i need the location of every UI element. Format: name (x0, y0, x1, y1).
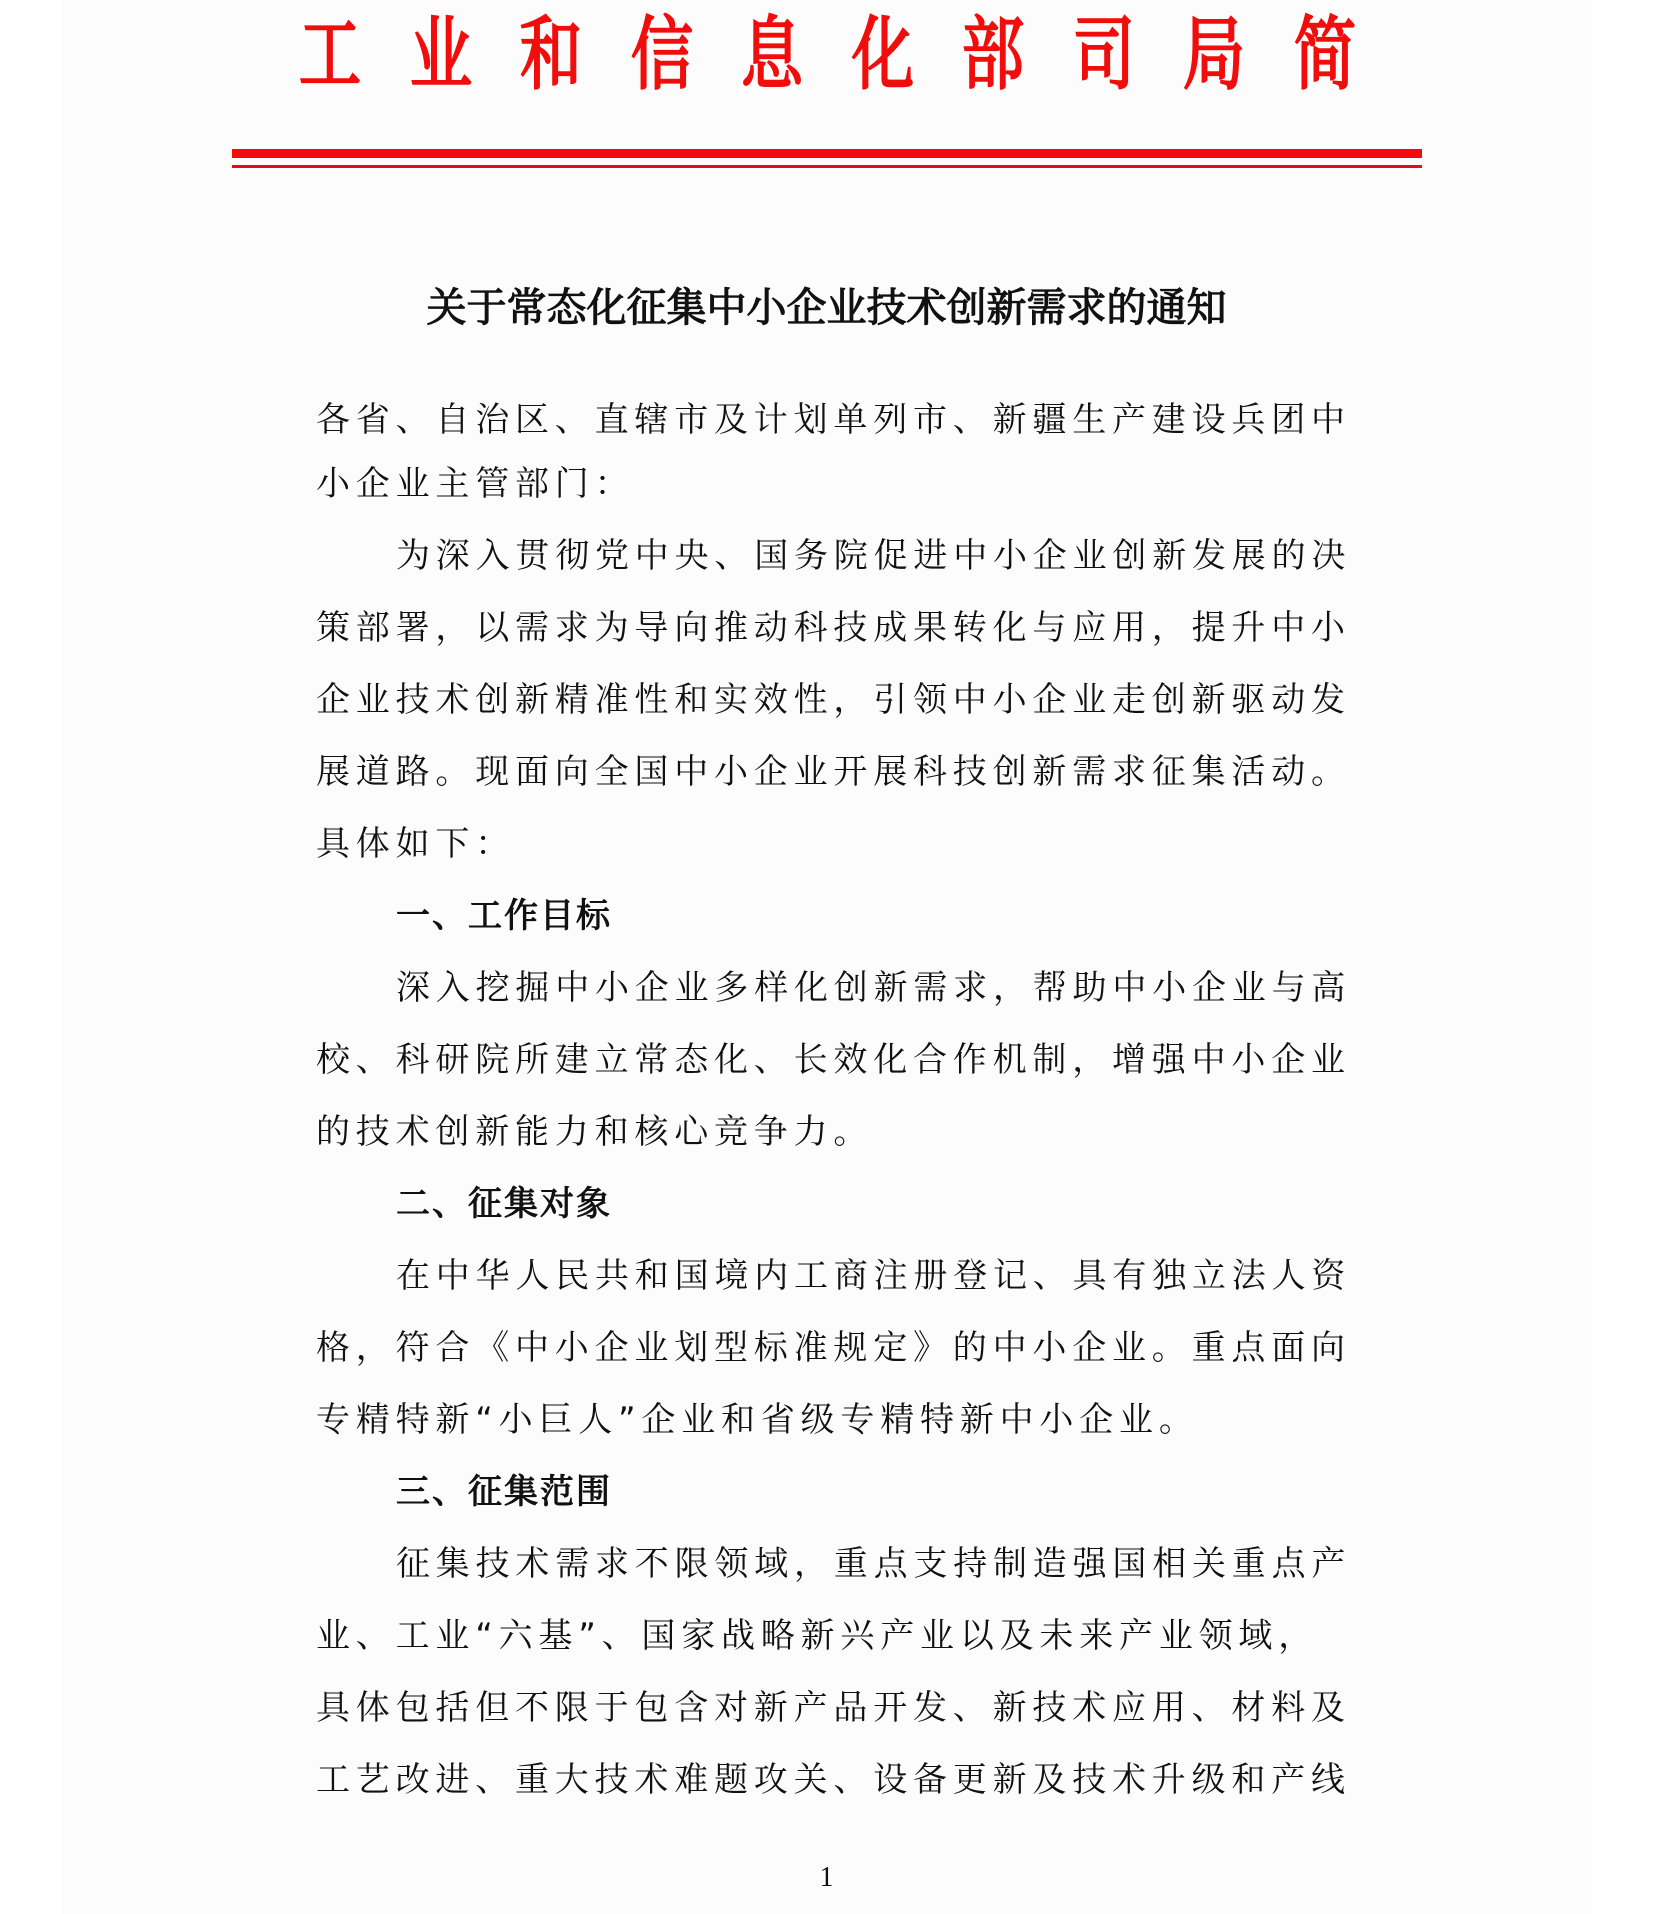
document-body: 各省、自治区、直辖市及计划单列市、新疆生产建设兵团中 小企业主管部门： 为深入贯… (316, 392, 1361, 1816)
letterhead-char: 部 (962, 6, 1024, 102)
letterhead-char: 和 (520, 6, 582, 102)
addressee-line: 小企业主管部门： (316, 448, 1361, 520)
section-line: 专精特新“小巨人”企业和省级专精特新中小企业。 (316, 1384, 1361, 1456)
letterhead-char: 化 (852, 6, 914, 102)
page-number: 1 (0, 1862, 1653, 1894)
letterhead-divider-thin (232, 165, 1422, 168)
intro-line: 为深入贯彻党中央、国务院促进中小企业创新发展的决 (316, 520, 1361, 592)
section-line: 业、工业“六基”、国家战略新兴产业以及未来产业领域， (316, 1600, 1361, 1672)
section-heading-scope: 三、征集范围 (316, 1456, 1361, 1528)
letterhead-char: 信 (630, 6, 692, 102)
section-line: 具体包括但不限于包含对新产品开发、新技术应用、材料及 (316, 1672, 1361, 1744)
intro-line: 策部署，以需求为导向推动科技成果转化与应用，提升中小 (316, 592, 1361, 664)
addressee-line: 各省、自治区、直辖市及计划单列市、新疆生产建设兵团中 (316, 392, 1361, 448)
letterhead-title: 工 业 和 信 息 化 部 司 局 简 (290, 6, 1365, 102)
intro-line: 具体如下： (316, 808, 1361, 880)
intro-line: 展道路。现面向全国中小企业开展科技创新需求征集活动。 (316, 736, 1361, 808)
letterhead-char: 简 (1294, 6, 1356, 102)
letterhead-char: 工 (299, 6, 361, 102)
document-title: 关于常态化征集中小企业技术创新需求的通知 (0, 278, 1653, 338)
letterhead-char: 息 (741, 6, 803, 102)
section-heading-targets: 二、征集对象 (316, 1168, 1361, 1240)
letterhead-char: 局 (1183, 6, 1245, 102)
section-line: 工艺改进、重大技术难题攻关、设备更新及技术升级和产线 (316, 1744, 1361, 1816)
section-line: 的技术创新能力和核心竞争力。 (316, 1096, 1361, 1168)
letterhead-char: 业 (409, 6, 471, 102)
intro-line: 企业技术创新精准性和实效性，引领中小企业走创新驱动发 (316, 664, 1361, 736)
section-line: 深入挖掘中小企业多样化创新需求，帮助中小企业与高 (316, 952, 1361, 1024)
section-line: 校、科研院所建立常态化、长效化合作机制，增强中小企业 (316, 1024, 1361, 1096)
section-line: 在中华人民共和国境内工商注册登记、具有独立法人资 (316, 1240, 1361, 1312)
section-line: 征集技术需求不限领域，重点支持制造强国相关重点产 (316, 1528, 1361, 1600)
section-line: 格，符合《中小企业划型标准规定》的中小企业。重点面向 (316, 1312, 1361, 1384)
letterhead-char: 司 (1073, 6, 1135, 102)
section-heading-goals: 一、工作目标 (316, 880, 1361, 952)
letterhead-divider-thick (232, 149, 1422, 158)
